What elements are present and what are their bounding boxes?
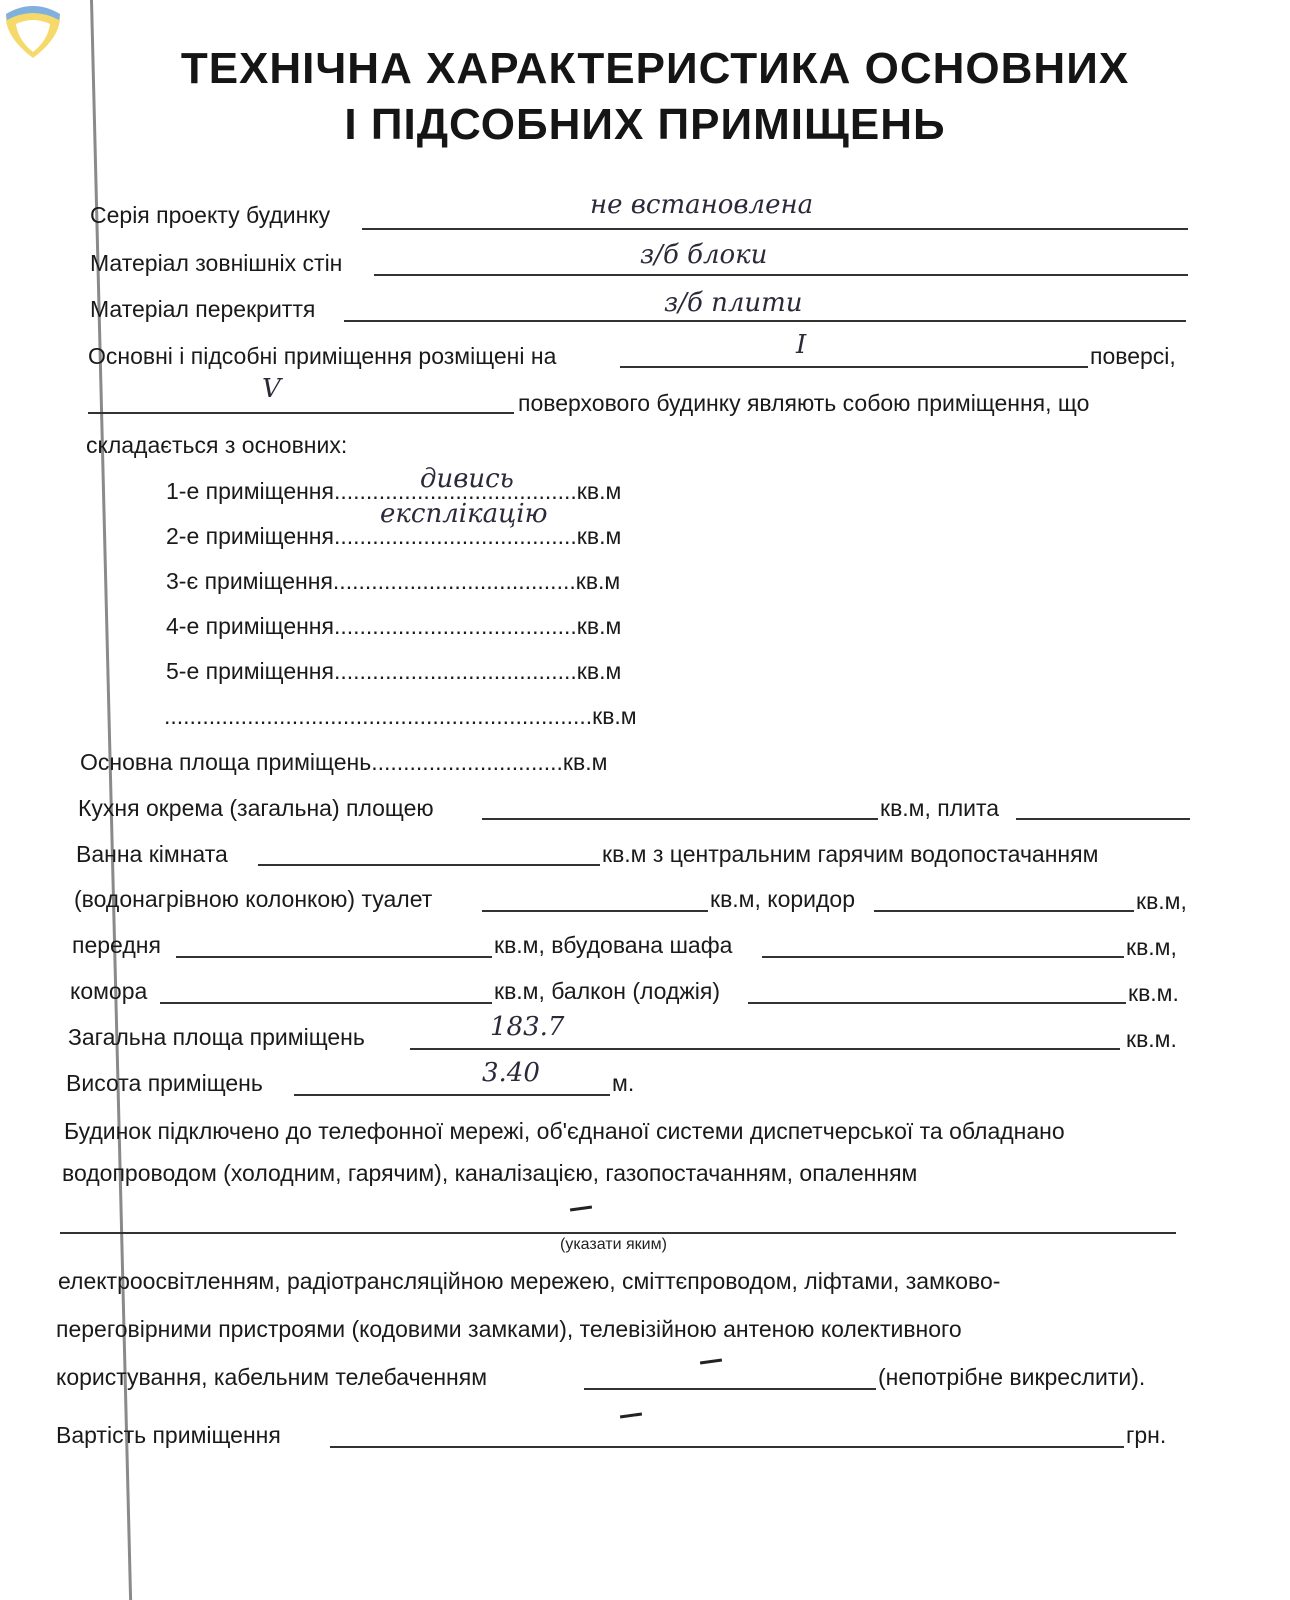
consists-of-label: складається з основних: xyxy=(86,432,347,459)
toilet-unit: кв.м, коридор xyxy=(710,886,855,913)
dot-leader: ...................................... xyxy=(334,658,577,684)
kitchen-area-line[interactable] xyxy=(482,818,878,820)
main-area-label: Основна площа приміщень xyxy=(80,749,371,775)
total-area-unit: кв.м. xyxy=(1126,1026,1177,1053)
cost-label: Вартість приміщення xyxy=(56,1422,281,1449)
floor-number-line xyxy=(620,366,1088,368)
room-label: 5-е приміщення xyxy=(166,658,334,684)
utilities-line2: водопроводом (холодним, гарячим), каналі… xyxy=(62,1160,917,1187)
series-value[interactable]: не встановлена xyxy=(590,190,813,220)
toilet-area-line[interactable] xyxy=(482,910,708,912)
storeys-value[interactable]: V xyxy=(262,374,281,404)
balcony-unit: кв.м. xyxy=(1128,980,1179,1007)
heating-value-dash xyxy=(570,1205,592,1211)
bath-area-line[interactable] xyxy=(258,864,600,866)
room-value[interactable]: дивись xyxy=(420,464,514,494)
bath-label: Ванна кімната xyxy=(76,841,228,868)
corridor-area-line[interactable] xyxy=(874,910,1134,912)
dot-leader: .............................. xyxy=(371,749,563,775)
kitchen-unit: кв.м, плита xyxy=(880,795,999,822)
document-title-line2: І ПІДСОБНИХ ПРИМІЩЕНЬ xyxy=(0,100,1290,150)
balcony-area-line[interactable] xyxy=(748,1002,1126,1004)
room-unit: кв.м xyxy=(577,478,621,504)
heating-type-line[interactable] xyxy=(60,1232,1176,1234)
location-label: Основні і підсобні приміщення розміщені … xyxy=(88,343,556,370)
utilities-line5-end: (непотрібне викреслити). xyxy=(878,1364,1145,1391)
wall-material-line xyxy=(374,274,1188,276)
room-unit: кв.м xyxy=(577,658,621,684)
utilities-line4: переговірними пристроями (кодовими замка… xyxy=(56,1316,962,1343)
corridor-unit: кв.м, xyxy=(1136,888,1187,915)
room-unit: кв.м xyxy=(577,613,621,639)
total-area-label: Загальна площа приміщень xyxy=(68,1024,365,1051)
room-unit: кв.м xyxy=(592,703,636,729)
series-label: Серія проекту будинку xyxy=(90,202,330,229)
room-unit: кв.м xyxy=(576,568,620,594)
room-row: ........................................… xyxy=(164,703,637,730)
kitchen-label: Кухня окрема (загальна) площею xyxy=(78,795,434,822)
storage-unit: кв.м, балкон (лоджія) xyxy=(494,978,720,1005)
room-label: 1-е приміщення xyxy=(166,478,334,504)
room-unit: кв.м xyxy=(577,523,621,549)
height-unit: м. xyxy=(612,1070,634,1097)
heating-hint: (указати яким) xyxy=(560,1236,667,1254)
storeys-line xyxy=(88,412,514,414)
wardrobe-area-line[interactable] xyxy=(762,956,1124,958)
height-line xyxy=(294,1094,610,1096)
cost-unit: грн. xyxy=(1126,1422,1166,1449)
wall-material-label: Матеріал зовнішніх стін xyxy=(90,250,342,277)
main-area-unit: кв.м xyxy=(563,749,607,775)
height-label: Висота приміщень xyxy=(66,1070,263,1097)
room-row: 4-е приміщення..........................… xyxy=(166,613,621,640)
room-label: 4-е приміщення xyxy=(166,613,334,639)
series-field-line xyxy=(362,228,1188,230)
room-row: 3-є приміщення..........................… xyxy=(166,568,620,595)
floor-material-value[interactable]: з/б плити xyxy=(664,288,803,318)
document-title-line1: ТЕХНІЧНА ХАРАКТЕРИСТИКА ОСНОВНИХ xyxy=(10,44,1290,94)
utilities-line1: Будинок підключено до телефонної мережі,… xyxy=(64,1118,1065,1145)
floor-material-label: Матеріал перекриття xyxy=(90,296,315,323)
height-value[interactable]: 3.40 xyxy=(482,1058,540,1088)
room-label: 2-е приміщення xyxy=(166,523,334,549)
total-area-line xyxy=(410,1048,1120,1050)
cost-value-dash xyxy=(620,1412,642,1418)
utilities-line3: електроосвітленням, радіотрансляційною м… xyxy=(58,1268,1000,1295)
cable-tv-line[interactable] xyxy=(584,1388,876,1390)
utilities-line5-start: користування, кабельним телебаченням xyxy=(56,1364,487,1391)
toilet-label: (водонагрівною колонкою) туалет xyxy=(74,886,432,913)
hall-unit: кв.м, вбудована шафа xyxy=(494,932,732,959)
dot-leader: ...................................... xyxy=(333,568,576,594)
wall-material-value[interactable]: з/б блоки xyxy=(640,240,767,270)
storeys-suffix: поверхового будинку являють собою приміщ… xyxy=(518,390,1089,417)
hall-area-line[interactable] xyxy=(176,956,492,958)
dot-leader: ...................................... xyxy=(334,613,577,639)
storage-label: комора xyxy=(70,978,147,1005)
dot-leader: ........................................… xyxy=(164,703,592,729)
room-label: 3-є приміщення xyxy=(166,568,333,594)
room-value[interactable]: експлікацію xyxy=(380,499,547,529)
hall-label: передня xyxy=(72,932,161,959)
room-row: 5-е приміщення..........................… xyxy=(166,658,621,685)
floor-number-value[interactable]: I xyxy=(796,330,806,360)
total-area-value[interactable]: 183.7 xyxy=(490,1012,564,1042)
storage-area-line[interactable] xyxy=(160,1002,492,1004)
main-area-row: Основна площа приміщень.................… xyxy=(80,749,607,776)
wardrobe-unit: кв.м, xyxy=(1126,934,1177,961)
cable-value-dash xyxy=(700,1358,722,1364)
stove-line[interactable] xyxy=(1016,818,1190,820)
floor-material-line xyxy=(344,320,1186,322)
floor-suffix: поверсі, xyxy=(1090,343,1176,370)
bath-unit: кв.м з центральним гарячим водопостачанн… xyxy=(602,841,1098,868)
cost-line[interactable] xyxy=(330,1446,1124,1448)
